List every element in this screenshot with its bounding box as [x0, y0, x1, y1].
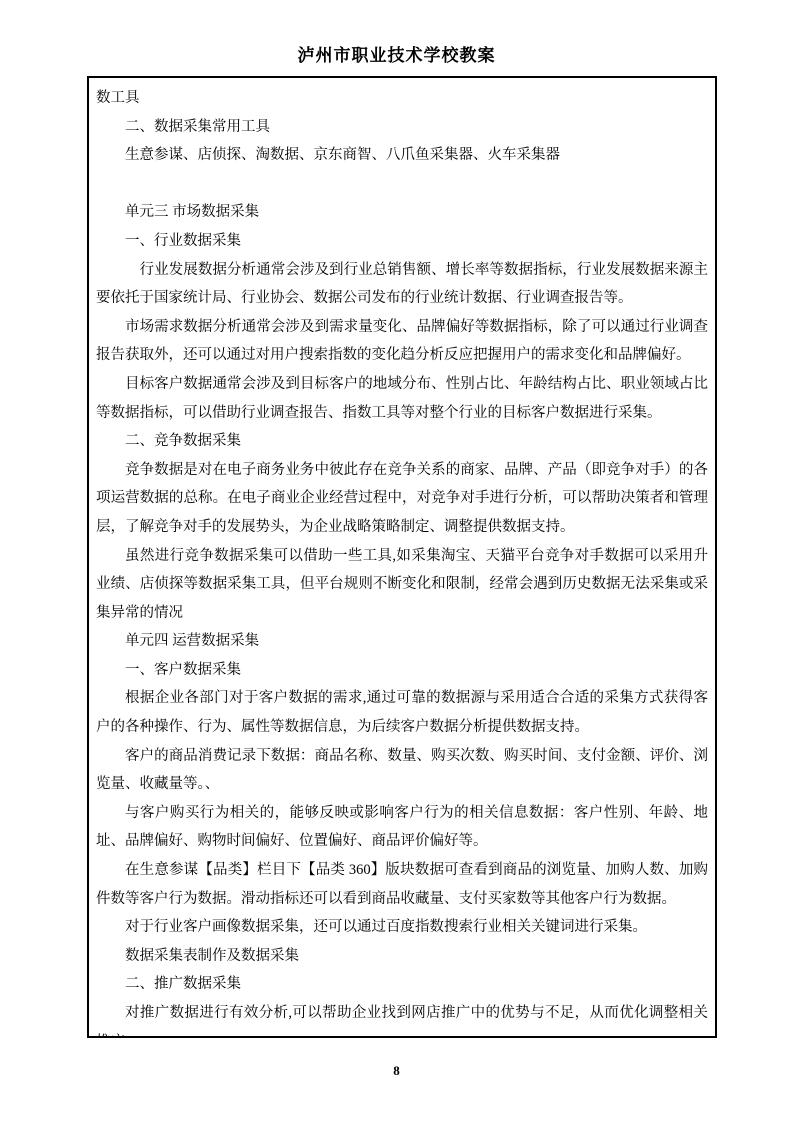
paragraph: 行业发展数据分析通常会涉及到行业总销售额、增长率等数据指标，行业发展数据来源主要… — [96, 256, 708, 313]
paragraph: 二、推广数据采集 — [96, 970, 708, 999]
paragraph: 竞争数据是对在电子商务业务中彼此存在竞争关系的商家、品牌、产品（即竞争对手）的各… — [96, 456, 708, 542]
blank-line — [96, 170, 708, 199]
paragraph: 数据采集表制作及数据采集 — [96, 942, 708, 971]
paragraph: 虽然进行竞争数据采集可以借助一些工具,如采集淘宝、天猫平台竞争对手数据可以采用升… — [96, 542, 708, 628]
document-body: 数工具二、数据采集常用工具生意参谋、店侦探、淘数据、京东商智、八爪鱼采集器、火车… — [89, 78, 715, 1036]
paragraph: 在生意参谋【品类】栏目下【品类 360】版块数据可查看到商品的浏览量、加购人数、… — [96, 856, 708, 913]
paragraph: 一、行业数据采集 — [96, 227, 708, 256]
paragraph: 单元四 运营数据采集 — [96, 627, 708, 656]
paragraph: 一、客户数据采集 — [96, 656, 708, 685]
document-border-box: 数工具二、数据采集常用工具生意参谋、店侦探、淘数据、京东商智、八爪鱼采集器、火车… — [87, 76, 717, 1038]
paragraph: 单元三 市场数据采集 — [96, 198, 708, 227]
paragraph: 市场需求数据分析通常会涉及到需求量变化、品牌偏好等数据指标，除了可以通过行业调查… — [96, 313, 708, 370]
paragraph: 二、数据采集常用工具 — [96, 113, 708, 142]
paragraph: 对于行业客户画像数据采集，还可以通过百度指数搜索行业相关关键词进行采集。 — [96, 913, 708, 942]
page-title: 泸州市职业技术学校教案 — [0, 41, 793, 66]
paragraph: 二、竞争数据采集 — [96, 427, 708, 456]
paragraph: 生意参谋、店侦探、淘数据、京东商智、八爪鱼采集器、火车采集器 — [96, 141, 708, 170]
paragraph: 客户的商品消费记录下数据：商品名称、数量、购买次数、购买时间、支付金额、评价、浏… — [96, 742, 708, 799]
page-number: 8 — [0, 1063, 793, 1079]
paragraph: 目标客户数据通常会涉及到目标客户的地域分布、性别占比、年龄结构占比、职业领域占比… — [96, 370, 708, 427]
paragraph: 与客户购买行为相关的，能够反映或影响客户行为的相关信息数据：客户性别、年龄、地址… — [96, 799, 708, 856]
paragraph: 根据企业各部门对于客户数据的需求,通过可靠的数据源与采用适合合适的采集方式获得客… — [96, 684, 708, 741]
paragraph: 对推广数据进行有效分析,可以帮助企业找到网店推广中的优势与不足，从而优化调整相关… — [96, 999, 708, 1036]
document-page: 泸州市职业技术学校教案 数工具二、数据采集常用工具生意参谋、店侦探、淘数据、京东… — [0, 0, 793, 1122]
paragraph: 数工具 — [96, 84, 708, 113]
